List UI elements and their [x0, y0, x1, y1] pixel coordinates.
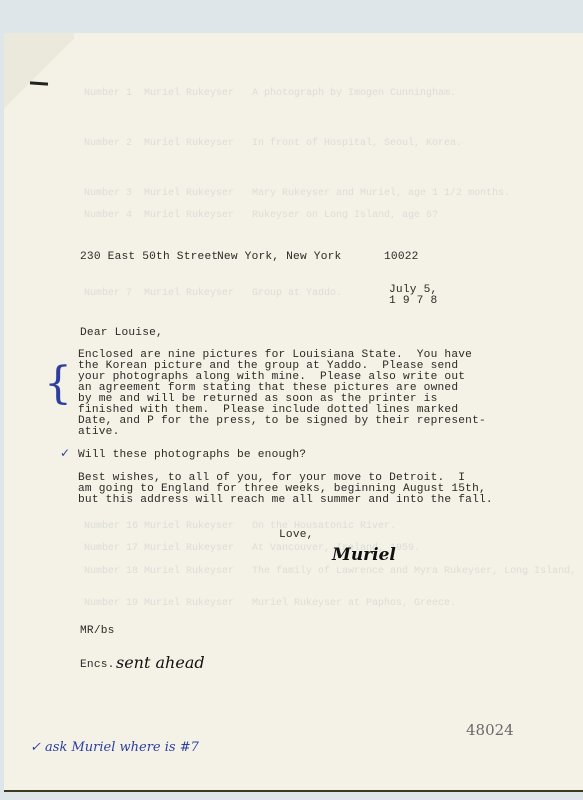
signature: Muriel: [332, 545, 396, 565]
bleed-through-line: Number 3 Muriel Rukeyser Mary Rukeyser a…: [84, 188, 510, 199]
bleed-through-line: Number 1 Muriel Rukeyser A photograph by…: [84, 88, 456, 99]
date-line-2: 1 9 7 8: [389, 296, 437, 308]
body-line: but this address will reach me all summe…: [78, 495, 493, 507]
bleed-through-line: Number 16 Muriel Rukeyser On the Housato…: [84, 521, 396, 532]
margin-check-icon: ✓: [60, 446, 70, 460]
bleed-through-line: Number 7 Muriel Rukeyser Group at Yaddo.: [84, 288, 342, 299]
letter-page: Number 1 Muriel Rukeyser A photograph by…: [4, 33, 583, 790]
catalog-number: 48024: [466, 721, 514, 739]
handwritten-note-where-is-7: ✓ ask Muriel where is #7: [30, 740, 199, 755]
body-paragraph-2: Will these photographs be enough?: [78, 450, 306, 462]
margin-bracket-icon: {: [44, 358, 72, 409]
bleed-through-line: Number 4 Muriel Rukeyser Rukeyser on Lon…: [84, 210, 438, 221]
body-line: ative.: [78, 427, 119, 439]
enclosures-label: Encs.: [80, 660, 115, 672]
sender-city: New York, New York: [217, 252, 341, 264]
handwritten-sent-ahead: sent ahead: [116, 653, 205, 672]
bleed-through-line: Number 2 Muriel Rukeyser In front of Hos…: [84, 138, 462, 149]
closing: Love,: [279, 530, 314, 542]
staple-mark: [30, 81, 48, 85]
bleed-through-line: Number 19 Muriel Rukeyser Muriel Rukeyse…: [84, 598, 456, 609]
body-line: Date, and P for the press, to be signed …: [78, 416, 486, 428]
bleed-through-line: Number 18 Muriel Rukeyser The family of …: [84, 566, 583, 577]
salutation: Dear Louise,: [80, 328, 163, 340]
typist-initials: MR/bs: [80, 626, 115, 638]
sender-address: 230 East 50th Street: [80, 252, 218, 264]
sender-zip: 10022: [384, 252, 419, 264]
